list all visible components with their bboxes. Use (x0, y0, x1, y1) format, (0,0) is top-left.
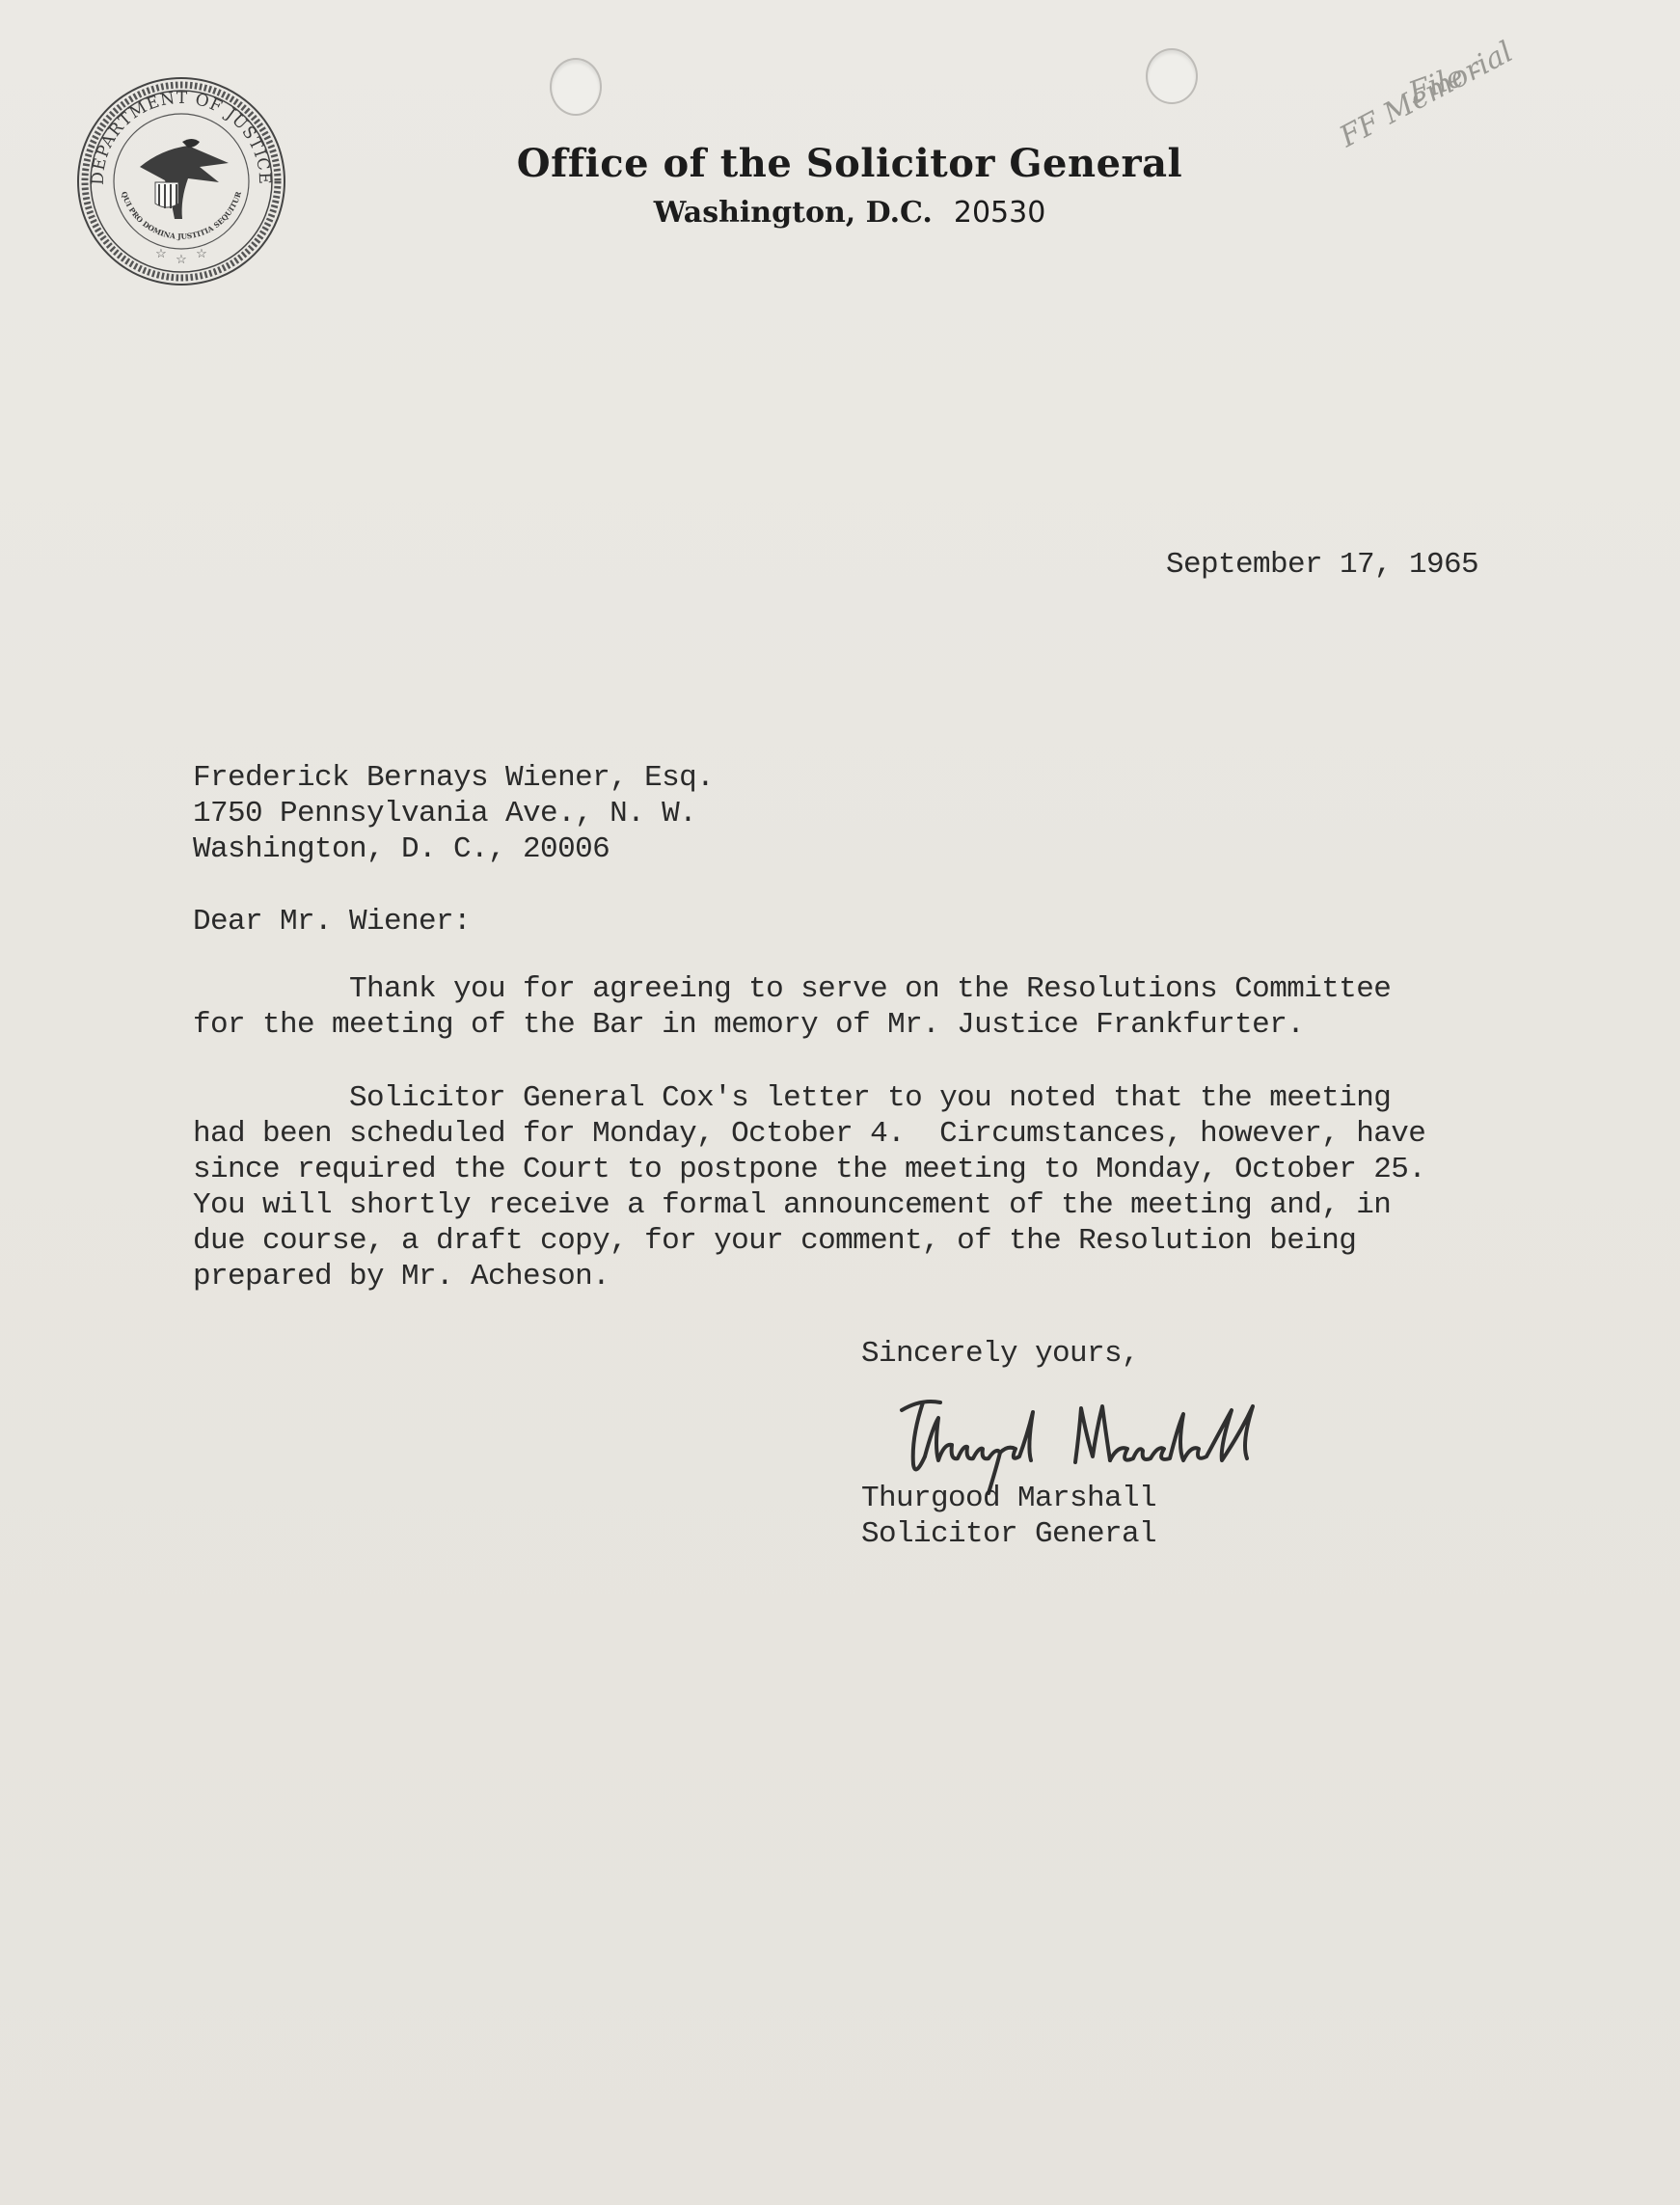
punch-hole-right (1146, 48, 1198, 104)
letterhead-city: Washington, D.C. (654, 196, 933, 230)
recipient-address: Frederick Bernays Wiener, Esq.1750 Penns… (193, 760, 714, 867)
recipient-city: Washington, D. C., 20006 (193, 831, 714, 867)
paragraph-line: due course, a draft copy, for your comme… (193, 1223, 1425, 1259)
paragraph-line: Solicitor General Cox's letter to you no… (193, 1080, 1425, 1116)
handwritten-signature-icon (882, 1389, 1278, 1495)
closing: Sincerely yours, (861, 1336, 1139, 1372)
letter-page: DEPARTMENT OF JUSTICE QUI PRO DOMINA JUS… (0, 0, 1680, 2205)
letter-date: September 17, 1965 (1166, 547, 1478, 583)
paragraph-line: since required the Court to postpone the… (193, 1152, 1425, 1187)
salutation: Dear Mr. Wiener: (193, 904, 471, 939)
paragraph-line: Thank you for agreeing to serve on the R… (193, 971, 1391, 1007)
paragraph-line: for the meeting of the Bar in memory of … (193, 1007, 1391, 1043)
svg-text:☆: ☆ (155, 246, 167, 260)
body-paragraph-1: Thank you for agreeing to serve on the R… (193, 971, 1391, 1043)
paragraph-line: You will shortly receive a formal announ… (193, 1187, 1425, 1223)
svg-text:☆: ☆ (196, 246, 207, 260)
signer-name: Thurgood Marshall (861, 1481, 1156, 1516)
recipient-street: 1750 Pennsylvania Ave., N. W. (193, 796, 714, 831)
pencil-annotation: File - FF Memorial (1350, 53, 1591, 217)
annotation-line-2: FF Memorial (1335, 35, 1519, 154)
paragraph-line: had been scheduled for Monday, October 4… (193, 1116, 1425, 1152)
punch-hole-left (550, 58, 602, 116)
recipient-name: Frederick Bernays Wiener, Esq. (193, 760, 714, 796)
svg-text:☆: ☆ (176, 252, 187, 266)
letterhead-zip: 20530 (954, 196, 1045, 230)
paragraph-line: prepared by Mr. Acheson. (193, 1259, 1425, 1294)
signer-title: Solicitor General (861, 1516, 1156, 1552)
signer-block: Thurgood MarshallSolicitor General (861, 1481, 1156, 1552)
body-paragraph-2: Solicitor General Cox's letter to you no… (193, 1080, 1425, 1294)
